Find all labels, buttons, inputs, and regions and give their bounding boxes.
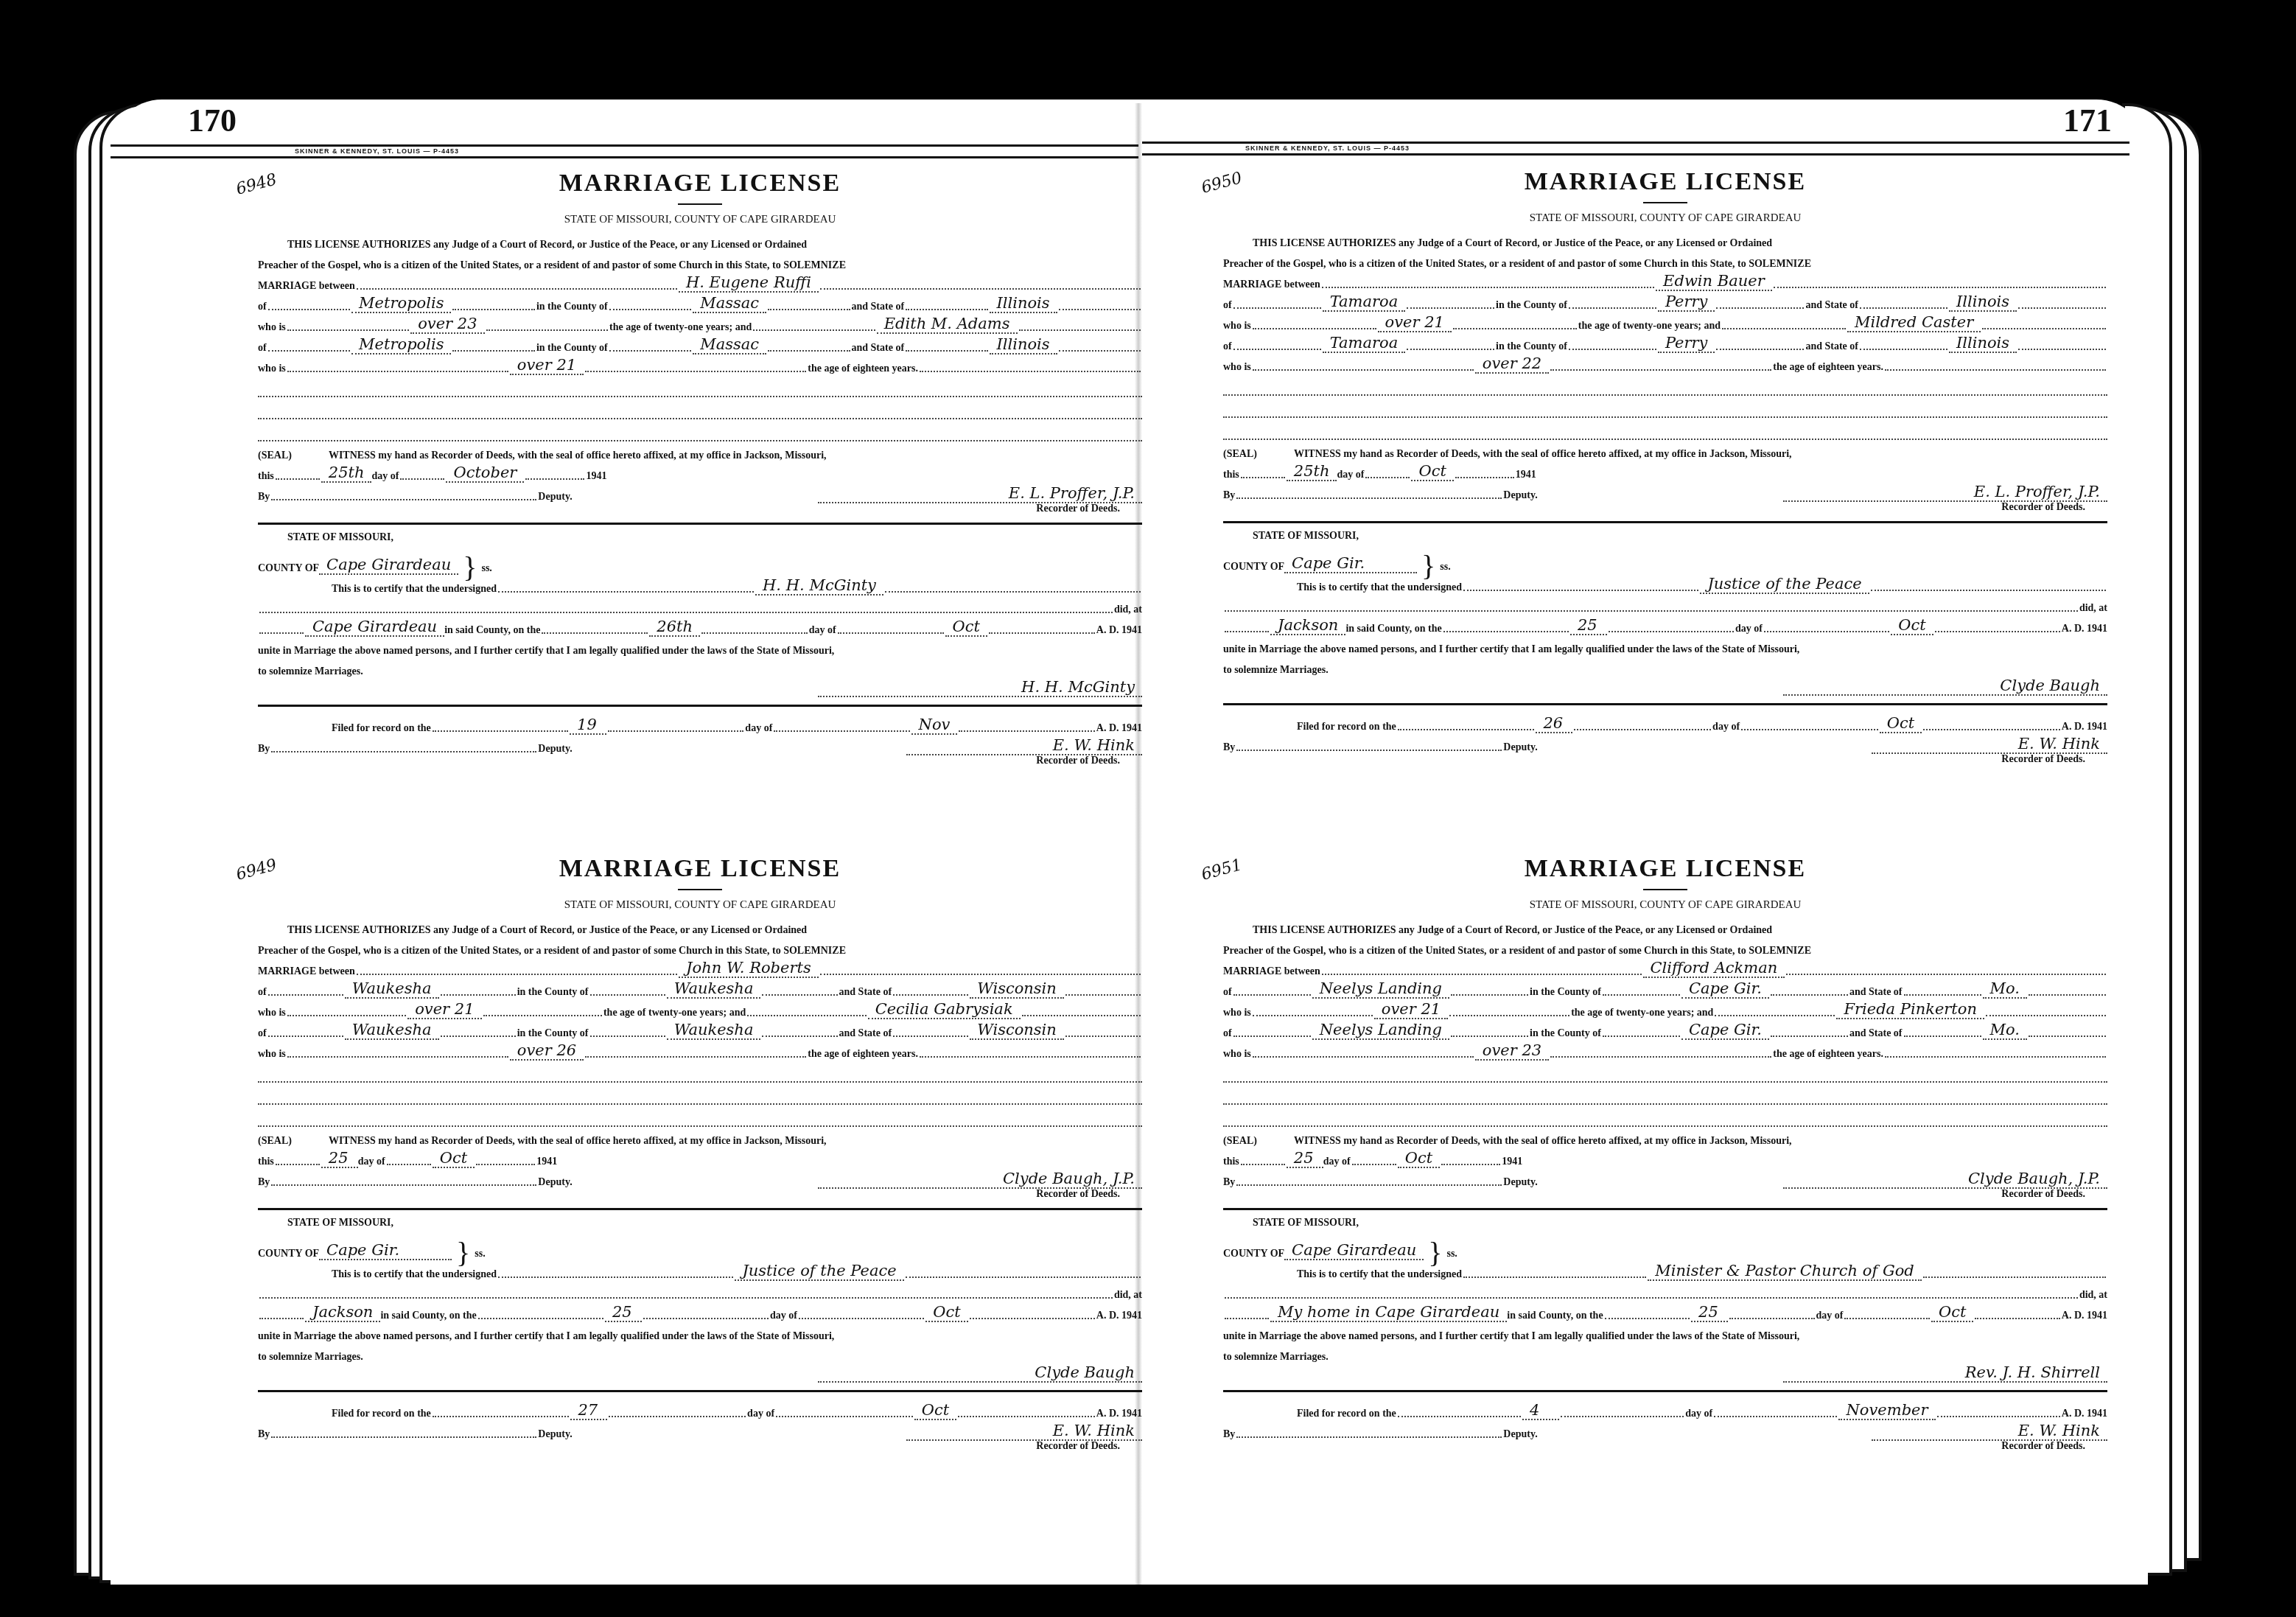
issue-date-line: this 25 day of Oct 1941 [258, 1148, 1142, 1168]
license-title: MARRIAGE LICENSE [258, 855, 1142, 883]
blank-line [258, 1061, 1142, 1083]
bride-state: Mo. [1983, 1021, 2027, 1040]
certificate-county-line: COUNTY OF Cape Girardeau }ss. [1223, 1237, 2107, 1260]
ceremony-line: Jackson in said County, on the 25 day of… [1223, 615, 2107, 635]
filed-line: Filed for record on the 19 day of Nov A.… [258, 714, 1142, 735]
recorder-caption: Recorder of Deeds. [258, 1189, 1142, 1201]
section-rule [1223, 1390, 2107, 1392]
blank-line [1223, 418, 2107, 440]
solemnize-text: to solemnize Marriages. [258, 1343, 1142, 1363]
bride-county: Massac [693, 335, 766, 355]
marriage-license-6949: 6949 MARRIAGE LICENSE STATE OF MISSOURI,… [258, 855, 1142, 1453]
married-month: Oct [1891, 616, 1933, 635]
blank-line [258, 419, 1142, 441]
license-subtitle: STATE OF MISSOURI, COUNTY OF CAPE GIRARD… [1223, 212, 2107, 225]
filed-month: Nov [911, 716, 958, 735]
groom-age: over 23 [410, 315, 484, 334]
groom-residence-line: of Waukesha in the County of Waukesha an… [258, 978, 1142, 999]
recorder-caption: Recorder of Deeds. [1223, 1189, 2107, 1201]
groom-name: Edwin Bauer [1656, 272, 1772, 291]
solemnize-text: to solemnize Marriages. [1223, 1343, 2107, 1363]
issued-day: 25th [321, 464, 372, 483]
unite-text: unite in Marriage the above named person… [258, 1322, 1142, 1343]
certify-line: This is to certify that the undersigned … [1223, 573, 2107, 594]
recorder-signature: E. L. Proffer, J.P. [1783, 483, 2107, 502]
groom-residence-line: of Neelys Landing in the County of Cape … [1223, 978, 2107, 999]
bride-age-line: who is over 22 the age of eighteen years… [1223, 353, 2107, 374]
certify-line: This is to certify that the undersigned … [258, 575, 1142, 596]
groom-age-line: who is over 21 the age of twenty-one yea… [258, 999, 1142, 1019]
married-day: 25 [1570, 616, 1607, 635]
header-rule-bottom-right [1142, 153, 2129, 156]
certify-line: This is to certify that the undersigned … [1223, 1260, 2107, 1281]
ceremony-line: My home in Cape Girardeau in said County… [1223, 1302, 2107, 1322]
blank-line [258, 1083, 1142, 1105]
section-rule [1223, 521, 2107, 523]
authorizes-text-1: THIS LICENSE AUTHORIZES any Judge of a C… [1223, 229, 2107, 250]
groom-county: Massac [693, 294, 766, 313]
witness-line: (SEAL)WITNESS my hand as Recorder of Dee… [1223, 1127, 2107, 1148]
certify-line: This is to certify that the undersigned … [258, 1260, 1142, 1281]
witness-line: (SEAL)WITNESS my hand as Recorder of Dee… [258, 441, 1142, 462]
groom-city: Neelys Landing [1312, 979, 1449, 999]
marriage-license-6950: 6950 MARRIAGE LICENSE STATE OF MISSOURI,… [1223, 168, 2107, 766]
license-subtitle: STATE OF MISSOURI, COUNTY OF CAPE GIRARD… [1223, 899, 2107, 912]
license-title: MARRIAGE LICENSE [1223, 855, 2107, 883]
bride-residence-line: of Tamaroa in the County of Perry and St… [1223, 332, 2107, 353]
ceremony-line: Jackson in said County, on the 25 day of… [258, 1302, 1142, 1322]
groom-city: Metropolis [351, 294, 451, 313]
married-day: 25 [1691, 1303, 1728, 1322]
issued-day: 25 [1287, 1149, 1323, 1168]
blank-line [1223, 396, 2107, 418]
did-at-line: did, at [258, 1281, 1142, 1302]
recorder-caption: Recorder of Deeds. [258, 1441, 1142, 1453]
ceremony-line: Cape Girardeau in said County, on the 26… [258, 616, 1142, 637]
left-page-number: 170 [188, 102, 237, 139]
groom-name: Clifford Ackman [1643, 959, 1785, 978]
recorder-caption: Recorder of Deeds. [1223, 1441, 2107, 1453]
certificate-county-line: COUNTY OF Cape Gir. }ss. [1223, 550, 2107, 573]
groom-state: Illinois [990, 294, 1057, 313]
section-rule [1223, 703, 2107, 705]
authorizes-text-2: Preacher of the Gospel, who is a citizen… [1223, 250, 2107, 270]
groom-name: H. Eugene Ruffi [679, 273, 819, 293]
bride-city: Metropolis [351, 335, 451, 355]
recorder-signature-line: ByDeputy. Clyde Baugh, J.P. [258, 1168, 1142, 1189]
license-title: MARRIAGE LICENSE [258, 170, 1142, 198]
married-year: 1941 [2087, 1310, 2107, 1322]
filed-recorder-line: ByDeputy. E. W. Hink [1223, 1420, 2107, 1441]
bride-age: over 22 [1475, 355, 1549, 374]
issued-year: 1941 [536, 1156, 557, 1168]
filed-recorder-line: ByDeputy. E. W. Hink [258, 735, 1142, 755]
blank-line [1223, 1083, 2107, 1105]
solemnize-text: to solemnize Marriages. [1223, 656, 2107, 677]
certificate-county: Cape Girardeau [1284, 1241, 1424, 1260]
married-month: Oct [925, 1303, 967, 1322]
officiant-signature: Rev. J. H. Shirrell [1783, 1363, 2107, 1383]
blank-line [258, 1105, 1142, 1127]
certificate-state: STATE OF MISSOURI, [1223, 531, 2107, 550]
recorder-caption: Recorder of Deeds. [1223, 754, 2107, 766]
issued-day: 25th [1287, 462, 1337, 481]
groom-line: MARRIAGE between Clifford Ackman [1223, 957, 2107, 978]
authorizes-text-2: Preacher of the Gospel, who is a citizen… [258, 251, 1142, 272]
blank-line [1223, 1061, 2107, 1083]
printer-imprint-right: SKINNER & KENNEDY, ST. LOUIS — P-4453 [1245, 144, 1410, 152]
officiant-title: Justice of the Peace [735, 1262, 903, 1281]
witness-line: (SEAL)WITNESS my hand as Recorder of Dee… [1223, 440, 2107, 461]
groom-city: Tamaroa [1323, 293, 1406, 312]
bride-state: Illinois [990, 335, 1057, 355]
certificate-county-line: COUNTY OF Cape Girardeau }ss. [258, 551, 1142, 575]
filed-recorder-line: ByDeputy. E. W. Hink [1223, 733, 2107, 754]
issued-day: 25 [321, 1149, 358, 1168]
recorder-signature-line: ByDeputy. E. L. Proffer, J.P. [258, 483, 1142, 503]
blank-line [258, 375, 1142, 397]
bride-age: over 26 [510, 1041, 584, 1061]
section-rule [258, 523, 1142, 525]
title-divider [678, 889, 722, 890]
header-rule-top-right [1142, 142, 2129, 144]
ceremony-place: My home in Cape Girardeau [1270, 1303, 1507, 1322]
bride-residence-line: of Neelys Landing in the County of Cape … [1223, 1019, 2107, 1040]
bride-residence-line: of Waukesha in the County of Waukesha an… [258, 1019, 1142, 1040]
groom-residence-line: of Tamaroa in the County of Perry and St… [1223, 291, 2107, 312]
section-rule [1223, 1208, 2107, 1210]
recorder-signature: Clyde Baugh, J.P. [818, 1170, 1142, 1189]
married-year: 1941 [1121, 1310, 1142, 1322]
issued-year: 1941 [586, 471, 606, 483]
filed-day: 19 [570, 716, 606, 735]
filed-day: 26 [1536, 714, 1572, 733]
groom-county: Cape Gir. [1681, 979, 1769, 999]
issued-year: 1941 [1516, 469, 1536, 481]
unite-text: unite in Marriage the above named person… [258, 637, 1142, 657]
did-at-line: did, at [258, 596, 1142, 616]
groom-state: Wisconsin [970, 979, 1064, 999]
ceremony-place: Jackson [1270, 616, 1345, 635]
filed-month: Oct [1880, 714, 1922, 733]
issue-date-line: this 25 day of Oct 1941 [1223, 1148, 2107, 1168]
groom-name: John W. Roberts [679, 959, 819, 978]
filed-year: 1941 [1121, 1408, 1142, 1420]
bride-city: Waukesha [345, 1021, 439, 1040]
bride-residence-line: of Metropolis in the County of Massac an… [258, 334, 1142, 355]
filed-recorder-line: ByDeputy. E. W. Hink [258, 1420, 1142, 1441]
header-rule-top-left [111, 144, 1138, 147]
blank-line [258, 397, 1142, 419]
header-rule-bottom-left [111, 156, 1138, 158]
filed-year: 1941 [2087, 722, 2107, 733]
officiant-title: Justice of the Peace [1700, 575, 1869, 594]
groom-line: MARRIAGE between H. Eugene Ruffi [258, 272, 1142, 293]
issued-year: 1941 [1502, 1156, 1522, 1168]
filed-recorder-signature: E. W. Hink [1872, 1422, 2107, 1441]
filed-recorder-signature: E. W. Hink [906, 1422, 1142, 1441]
certificate-state: STATE OF MISSOURI, [258, 532, 1142, 551]
blank-line [1223, 1105, 2107, 1127]
filed-month: November [1838, 1401, 1935, 1420]
recorder-caption: Recorder of Deeds. [258, 503, 1142, 515]
filed-year: 1941 [2087, 1408, 2107, 1420]
license-subtitle: STATE OF MISSOURI, COUNTY OF CAPE GIRARD… [258, 899, 1142, 912]
officiant-signature: Clyde Baugh [1783, 677, 2107, 696]
groom-state: Illinois [1949, 293, 2017, 312]
recorder-signature-line: ByDeputy. Clyde Baugh, J.P. [1223, 1168, 2107, 1189]
groom-age-line: who is over 23 the age of twenty-one yea… [258, 313, 1142, 334]
filed-recorder-signature: E. W. Hink [1872, 735, 2107, 754]
bride-county: Cape Gir. [1681, 1021, 1769, 1040]
title-divider [678, 203, 722, 205]
officiant-title: H. H. McGinty [755, 576, 883, 596]
bride-age: over 23 [1475, 1041, 1549, 1061]
bride-state: Wisconsin [970, 1021, 1064, 1040]
bride-city: Tamaroa [1323, 334, 1406, 353]
groom-age: over 21 [407, 1000, 481, 1019]
bride-age-line: who is over 26 the age of eighteen years… [258, 1040, 1142, 1061]
blank-line [1223, 374, 2107, 396]
bride-county: Perry [1658, 334, 1715, 353]
solemnize-text: to solemnize Marriages. [258, 657, 1142, 678]
bride-age-line: who is over 21 the age of eighteen years… [258, 355, 1142, 375]
groom-state: Mo. [1983, 979, 2027, 999]
certificate-county: Cape Girardeau [319, 556, 458, 575]
filed-line: Filed for record on the 27 day of Oct A.… [258, 1400, 1142, 1420]
bride-age: over 21 [510, 356, 584, 375]
issued-month: Oct [1398, 1149, 1440, 1168]
filed-year: 1941 [1121, 723, 1142, 735]
groom-age-line: who is over 21 the age of twenty-one yea… [1223, 999, 2107, 1019]
bride-name: Frieda Pinkerton [1836, 1000, 1984, 1019]
filed-line: Filed for record on the 26 day of Oct A.… [1223, 713, 2107, 733]
section-rule [258, 1208, 1142, 1210]
title-divider [1643, 889, 1687, 890]
bride-name: Edith M. Adams [877, 315, 1018, 334]
authorizes-text-2: Preacher of the Gospel, who is a citizen… [1223, 937, 2107, 957]
officiant-signature-line: Clyde Baugh [1223, 677, 2107, 696]
title-divider [1643, 202, 1687, 203]
officiant-signature-line: Clyde Baugh [258, 1363, 1142, 1383]
officiant-signature-line: H. H. McGinty [258, 678, 1142, 697]
married-month: Oct [945, 618, 987, 637]
groom-age-line: who is over 21 the age of twenty-one yea… [1223, 312, 2107, 332]
recorder-signature: Clyde Baugh, J.P. [1783, 1170, 2107, 1189]
bride-county: Waukesha [667, 1021, 761, 1040]
groom-residence-line: of Metropolis in the County of Massac an… [258, 293, 1142, 313]
authorizes-text-1: THIS LICENSE AUTHORIZES any Judge of a C… [258, 916, 1142, 937]
issue-date-line: this 25th day of October 1941 [258, 462, 1142, 483]
bride-state: Illinois [1949, 334, 2017, 353]
certificate-state: STATE OF MISSOURI, [1223, 1218, 2107, 1237]
unite-text: unite in Marriage the above named person… [1223, 635, 2107, 656]
bride-city: Neelys Landing [1312, 1021, 1449, 1040]
recorder-signature: E. L. Proffer, J.P. [818, 484, 1142, 503]
filed-day: 4 [1522, 1401, 1559, 1420]
did-at-line: did, at [1223, 594, 2107, 615]
groom-age: over 21 [1378, 313, 1452, 332]
certificate-county: Cape Gir. [1284, 554, 1417, 573]
marriage-license-6948: 6948 MARRIAGE LICENSE STATE OF MISSOURI,… [258, 170, 1142, 767]
married-year: 1941 [1121, 625, 1142, 637]
officiant-signature: Clyde Baugh [818, 1363, 1142, 1383]
ceremony-place: Cape Girardeau [305, 618, 444, 637]
filed-recorder-signature: E. W. Hink [906, 736, 1142, 755]
bride-name: Mildred Caster [1847, 313, 1981, 332]
issued-month: Oct [433, 1149, 475, 1168]
groom-city: Waukesha [345, 979, 439, 999]
issued-month: October [446, 464, 524, 483]
groom-line: MARRIAGE between Edwin Bauer [1223, 270, 2107, 291]
license-subtitle: STATE OF MISSOURI, COUNTY OF CAPE GIRARD… [258, 214, 1142, 226]
section-rule [258, 705, 1142, 707]
filed-month: Oct [914, 1401, 956, 1420]
filed-day: 27 [570, 1401, 607, 1420]
bride-age-line: who is over 23 the age of eighteen years… [1223, 1040, 2107, 1061]
recorder-caption: Recorder of Deeds. [1223, 502, 2107, 514]
printer-imprint-left: SKINNER & KENNEDY, ST. LOUIS — P-4453 [295, 147, 459, 155]
officiant-signature-line: Rev. J. H. Shirrell [1223, 1363, 2107, 1383]
officiant-title: Minister & Pastor Church of God [1648, 1262, 1922, 1281]
bride-name: Cecilia Gabrysiak [868, 1000, 1021, 1019]
authorizes-text-1: THIS LICENSE AUTHORIZES any Judge of a C… [258, 231, 1142, 251]
officiant-signature: H. H. McGinty [818, 678, 1142, 697]
unite-text: unite in Marriage the above named person… [1223, 1322, 2107, 1343]
authorizes-text-1: THIS LICENSE AUTHORIZES any Judge of a C… [1223, 916, 2107, 937]
married-year: 1941 [2087, 624, 2107, 635]
certificate-state: STATE OF MISSOURI, [258, 1218, 1142, 1237]
issued-month: Oct [1411, 462, 1453, 481]
did-at-line: did, at [1223, 1281, 2107, 1302]
ceremony-place: Jackson [305, 1303, 380, 1322]
groom-county: Perry [1658, 293, 1715, 312]
certificate-county-line: COUNTY OF Cape Gir. }ss. [258, 1237, 1142, 1260]
issue-date-line: this 25th day of Oct 1941 [1223, 461, 2107, 481]
married-month: Oct [1931, 1303, 1973, 1322]
right-page-number: 171 [2063, 102, 2112, 139]
authorizes-text-2: Preacher of the Gospel, who is a citizen… [258, 937, 1142, 957]
groom-age: over 21 [1374, 1000, 1448, 1019]
groom-line: MARRIAGE between John W. Roberts [258, 957, 1142, 978]
filed-line: Filed for record on the 4 day of Novembe… [1223, 1400, 2107, 1420]
section-rule [258, 1390, 1142, 1392]
groom-county: Waukesha [667, 979, 761, 999]
married-day: 26th [649, 618, 700, 637]
marriage-license-6951: 6951 MARRIAGE LICENSE STATE OF MISSOURI,… [1223, 855, 2107, 1453]
married-day: 25 [605, 1303, 642, 1322]
recorder-signature-line: ByDeputy. E. L. Proffer, J.P. [1223, 481, 2107, 502]
certificate-county: Cape Gir. [319, 1241, 452, 1260]
recorder-caption: Recorder of Deeds. [258, 755, 1142, 767]
witness-line: (SEAL)WITNESS my hand as Recorder of Dee… [258, 1127, 1142, 1148]
license-title: MARRIAGE LICENSE [1223, 168, 2107, 196]
